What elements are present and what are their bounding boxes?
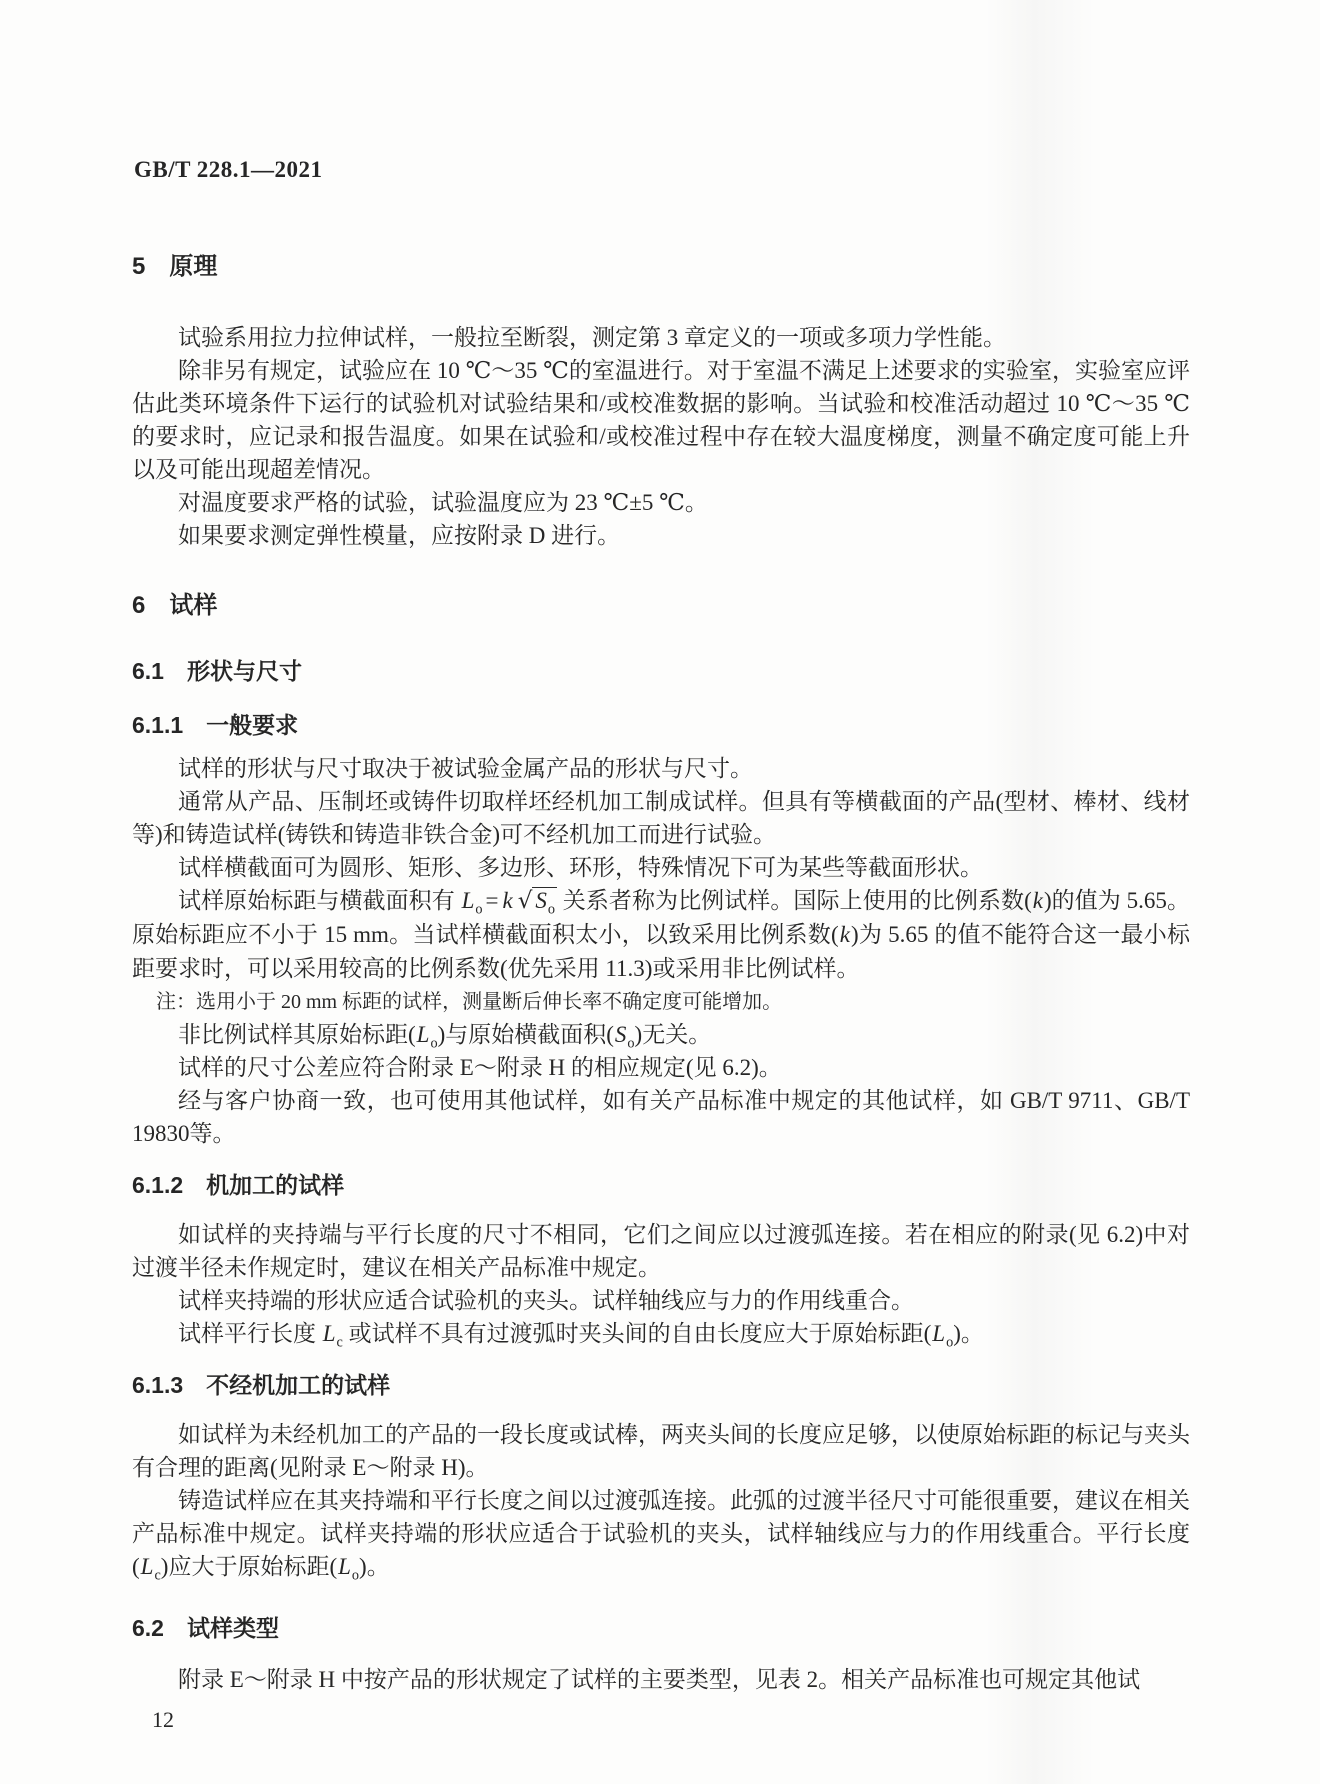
- text-run: 关系者称为比例试样。国际上使用的比例系数(: [557, 888, 1032, 913]
- text-run: )无关。: [635, 1022, 712, 1047]
- para-nonproportional: 非比例试样其原始标距(Lo)与原始横截面积(So)无关。: [132, 1018, 1190, 1051]
- para-principle-4: 如果要求测定弹性模量，应按附录 D 进行。: [132, 519, 1190, 552]
- var-S: S: [534, 888, 548, 913]
- sqrt-argument: So: [532, 887, 557, 913]
- para-principle-1: 试验系用拉力拉伸试样，一般拉至断裂，测定第 3 章定义的一项或多项力学性能。: [132, 321, 1190, 354]
- text-run: )应大于原始标距(: [161, 1554, 337, 1579]
- text-run: 非比例试样其原始标距(: [178, 1022, 416, 1047]
- subscript-o: o: [548, 902, 555, 918]
- subscript-o: o: [430, 1036, 437, 1052]
- section-6-1-heading: 6.1 形状与尺寸: [132, 656, 1190, 686]
- para-specimen-types: 附录 E～附录 H 中按产品的形状规定了试样的主要类型，见表 2。相关产品标准也…: [132, 1663, 1190, 1696]
- var-L: L: [337, 1554, 352, 1579]
- var-L: L: [931, 1321, 946, 1346]
- para-unmachined-1: 如试样为未经机加工的产品的一段长度或试棒，两夹头间的长度应足够，以使原始标距的标…: [132, 1418, 1190, 1484]
- text-run: 或试样不具有过渡弧时夹头间的自由长度应大于原始标距(: [343, 1321, 931, 1346]
- subscript-o: o: [352, 1568, 359, 1584]
- var-S: S: [614, 1022, 628, 1047]
- para-machined-2: 试样夹持端的形状应适合试验机的夹头。试样轴线应与力的作用线重合。: [132, 1284, 1190, 1317]
- var-L: L: [322, 1321, 337, 1346]
- section-6-2-heading: 6.2 试样类型: [132, 1613, 1190, 1643]
- para-shape-2: 通常从产品、压制坯或铸件切取样坯经机加工制成试样。但具有等横截面的产品(型材、棒…: [132, 785, 1190, 851]
- section-6-1-3-heading: 6.1.3 不经机加工的试样: [132, 1370, 1190, 1400]
- para-principle-2: 除非另有规定，试验应在 10 ℃～35 ℃的室温进行。对于室温不满足上述要求的实…: [132, 354, 1190, 486]
- text-run: )与原始横截面积(: [438, 1022, 614, 1047]
- para-machined-3: 试样平行长度 Lc 或试样不具有过渡弧时夹头间的自由长度应大于原始标距(Lo)。: [132, 1317, 1190, 1350]
- section-6-1-1-heading: 6.1.1 一般要求: [132, 710, 1190, 740]
- page-number: 12: [152, 1706, 174, 1734]
- para-proportional-formula: 试样原始标距与横截面积有 Lo=k√So 关系者称为比例试样。国际上使用的比例系…: [132, 884, 1190, 986]
- text-run: )。: [359, 1554, 390, 1579]
- section-5-heading: 5 原理: [132, 251, 1190, 283]
- para-unmachined-2: 铸造试样应在其夹持端和平行长度之间以过渡弧连接。此弧的过渡半径尺寸可能很重要，建…: [132, 1484, 1190, 1583]
- sqrt-radical-icon: √: [518, 888, 533, 914]
- para-other-specimens: 经与客户协商一致，也可使用其他试样，如有关产品标准中规定的其他试样，如 GB/T…: [132, 1084, 1190, 1150]
- section-6-heading: 6 试样: [132, 590, 1190, 622]
- note-text: 选用小于 20 mm 标距的试样，测量断后伸长率不确定度可能增加。: [196, 991, 782, 1013]
- var-k: k: [1032, 888, 1044, 913]
- text-run: 试样原始标距与横截面积有: [178, 888, 461, 913]
- page-content: GB/T 228.1—2021 5 原理 试验系用拉力拉伸试样，一般拉至断裂，测…: [132, 155, 1190, 1696]
- doc-code-header: GB/T 228.1—2021: [134, 155, 1190, 185]
- subscript-o: o: [475, 902, 482, 918]
- note-label: 注：: [156, 991, 196, 1013]
- subscript-o: o: [627, 1036, 634, 1052]
- equals-sign: =: [483, 888, 502, 913]
- para-principle-3: 对温度要求严格的试验，试验温度应为 23 ℃±5 ℃。: [132, 486, 1190, 519]
- var-k: k: [839, 922, 851, 947]
- var-L: L: [416, 1022, 431, 1047]
- para-tolerance: 试样的尺寸公差应符合附录 E～附录 H 的相应规定(见 6.2)。: [132, 1051, 1190, 1084]
- var-L: L: [461, 888, 476, 913]
- section-6-1-2-heading: 6.1.2 机加工的试样: [132, 1170, 1190, 1200]
- para-shape-3: 试样横截面可为圆形、矩形、多边形、环形，特殊情况下可为某些等截面形状。: [132, 851, 1190, 884]
- text-run: )。: [953, 1321, 984, 1346]
- var-k: k: [501, 888, 513, 913]
- note-gauge-length: 注：选用小于 20 mm 标距的试样，测量断后伸长率不确定度可能增加。: [156, 987, 1190, 1017]
- para-shape-1: 试样的形状与尺寸取决于被试验金属产品的形状与尺寸。: [132, 752, 1190, 785]
- text-run: 试样平行长度: [178, 1321, 322, 1346]
- var-L: L: [140, 1554, 155, 1579]
- para-machined-1: 如试样的夹持端与平行长度的尺寸不相同，它们之间应以过渡弧连接。若在相应的附录(见…: [132, 1218, 1190, 1284]
- scanned-document-page: GB/T 228.1—2021 5 原理 试验系用拉力拉伸试样，一般拉至断裂，测…: [0, 0, 1320, 1784]
